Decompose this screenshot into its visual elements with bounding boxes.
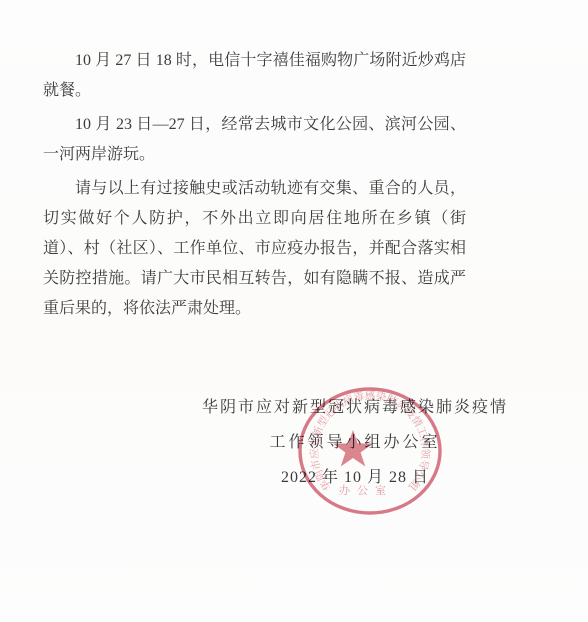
body-text: 10 月 27 日 18 时，电信十字禧佳福购物广场附近炒鸡店就餐。 10 月 …	[43, 46, 466, 328]
signature-block: 华阴市应对新型冠状病毒感染肺炎疫情 工作领导小组办公室 2022 年 10 月 …	[155, 390, 555, 495]
paragraph-dining: 10 月 27 日 18 时，电信十字禧佳福购物广场附近炒鸡店就餐。	[43, 46, 466, 106]
signature-org-line2: 工作领导小组办公室	[155, 425, 555, 460]
signature-date: 2022 年 10 月 28 日	[155, 460, 555, 495]
paragraph-parks: 10 月 23 日—27 日，经常去城市文化公园、滨河公园、一河两岸游玩。	[43, 110, 466, 170]
paragraph-instructions: 请与以上有过接触史或活动轨迹有交集、重合的人员，切实做好个人防护，不外出立即向居…	[43, 174, 466, 324]
document-page: 10 月 27 日 18 时，电信十字禧佳福购物广场附近炒鸡店就餐。 10 月 …	[0, 0, 588, 622]
signature-org-line1: 华阴市应对新型冠状病毒感染肺炎疫情	[155, 390, 555, 425]
